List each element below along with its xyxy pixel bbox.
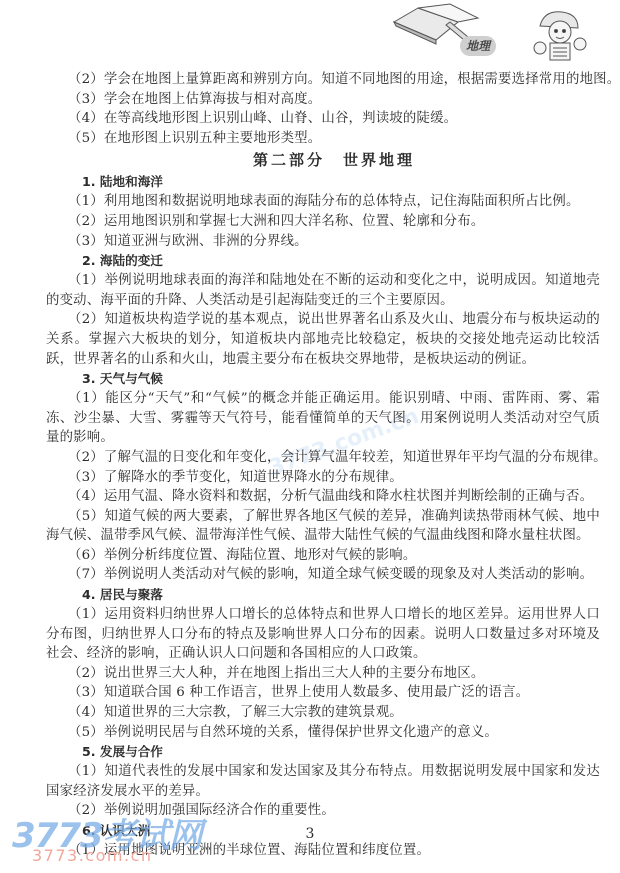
part-title: 第二部分 世界地理 xyxy=(68,149,600,171)
intro-item: （5）在地形图上识别五种主要地形类型。 xyxy=(68,129,600,149)
intro-item: （2）学会在地图上量算距离和辨别方向。知道不同地图的用途，根据需要选择常用的地图… xyxy=(68,70,600,90)
section-item: （2）了解气温的日变化和年变化，会计算气温年较差，知道世界年平均气温的分布规律。 xyxy=(68,448,600,468)
section-item: （3）知道亚洲与欧洲、非洲的分界线。 xyxy=(68,232,600,252)
section-item: （4）运用气温、降水资料和数据，分析气温曲线和降水柱状图并判断绘制的正确与否。 xyxy=(68,487,600,507)
header-illustration xyxy=(388,0,620,62)
cartoon-boy-icon xyxy=(520,0,600,62)
section-item: （1）知道代表性的发展中国家和发达国家及其分布特点。用数据说明发展中国家和发达国… xyxy=(46,762,600,801)
section-item: （4）知道世界的三大宗教，了解三大宗教的建筑景观。 xyxy=(68,703,600,723)
section-item: （5）举例说明民居与自然环境的关系，懂得保护世界文化遗产的意义。 xyxy=(68,723,600,743)
watermark-url: 3773.com.cn xyxy=(32,846,153,865)
section-item: （1）运用资料归纳世界人口增长的总体特点和世界人口增长的地区差异。运用世界人口分… xyxy=(46,605,600,664)
section-heading: 4. 居民与聚落 xyxy=(68,585,600,605)
section-item: （6）举例分析纬度位置、海陆位置、地形对气候的影响。 xyxy=(68,546,600,566)
section-heading: 1. 陆地和海洋 xyxy=(68,172,600,192)
section-item: （1）利用地图和数据说明地球表面的海陆分布的总体特点，记住海陆面积所占比例。 xyxy=(68,192,600,212)
section-heading: 3. 天气与气候 xyxy=(68,369,600,389)
intro-item: （3）学会在地图上估算海拔与相对高度。 xyxy=(68,90,600,110)
section-item: （3）了解降水的季节变化，知道世界降水的分布规律。 xyxy=(68,468,600,488)
section-item: （5）知道气候的两大要素，了解世界各地区气候的差异，准确判读热带雨林气候、地中海… xyxy=(46,507,600,546)
intro-item: （4）在等高线地形图上识别山峰、山脊、山谷，判读坡的陡缓。 xyxy=(68,109,600,129)
section-item: （1）举例说明地球表面的海洋和陆地处在不断的运动和变化之中，说明成因。知道地壳的… xyxy=(46,271,600,310)
section-item: （2）说出世界三大人种，并在地图上指出三大人种的主要分布地区。 xyxy=(68,664,600,684)
intro-list: （2）学会在地图上量算距离和辨别方向。知道不同地图的用途，根据需要选择常用的地图… xyxy=(68,70,600,148)
section-item: （7）举例说明人类活动对气候的影响，知道全球气候变暖的现象及对人类活动的影响。 xyxy=(68,565,600,585)
subject-badge: 地理 xyxy=(460,36,496,56)
document-body: （2）学会在地图上量算距离和辨别方向。知道不同地图的用途，根据需要选择常用的地图… xyxy=(68,70,600,861)
section-heading: 2. 海陆的变迁 xyxy=(68,251,600,271)
section-item: （2）运用地图识别和掌握七大洲和四大洋名称、位置、轮廓和分布。 xyxy=(68,212,600,232)
section-heading: 5. 发展与合作 xyxy=(68,742,600,762)
section-item: （2）知道板块构造学说的基本观点，说出世界著名山系及火山、地震分布与板块运动的关… xyxy=(46,310,600,369)
section-item: （3）知道联合国 6 种工作语言，世界上使用人数最多、使用最广泛的语言。 xyxy=(68,683,600,703)
section-item: （1）能区分“天气”和“气候”的概念并能正确运用。能识别晴、中雨、雷阵雨、雾、霜… xyxy=(46,389,600,448)
